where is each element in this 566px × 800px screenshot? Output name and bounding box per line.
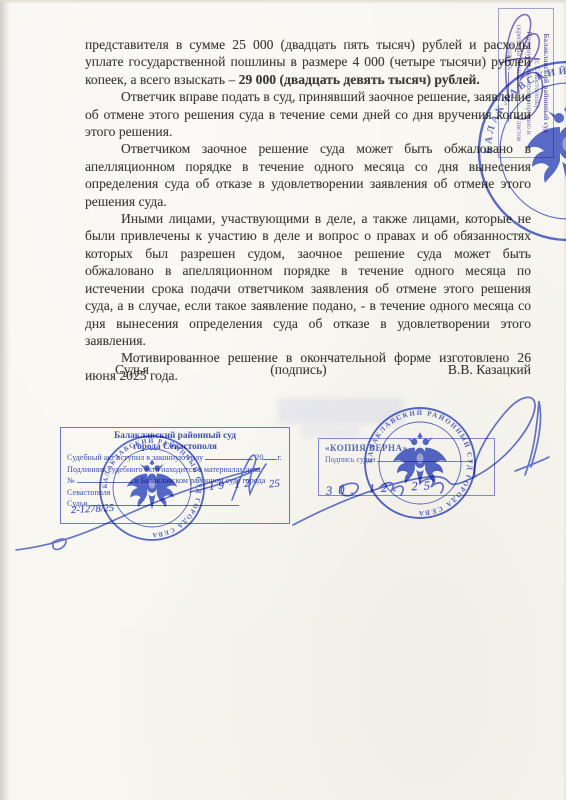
paragraph-appeal-others: Иными лицами, участвующими в деле, а так… (85, 210, 531, 349)
pen-signature-top-right (495, 5, 566, 165)
scan-edge-shadow-left (0, 0, 10, 800)
scan-edge-shadow-top (0, 0, 566, 4)
scanned-court-document-page: представителя в сумме 25 000 (двадцать п… (0, 0, 566, 800)
pen-signature-bottom-left (10, 440, 290, 560)
judge-label: Судья (115, 362, 149, 378)
paragraph-defendant-right: Ответчик вправе подать в суд, принявший … (85, 88, 531, 140)
paragraph-costs: представителя в сумме 25 000 (двадцать п… (85, 36, 531, 88)
paragraph-appeal-defendant: Ответчиком заочное решение суда может бы… (85, 140, 531, 210)
document-body-text: представителя в сумме 25 000 (двадцать п… (85, 36, 531, 384)
paragraph-costs-total-bold: 29 000 (двадцать девять тысяч) рублей. (239, 72, 480, 87)
pen-signature-bottom-right (285, 375, 560, 540)
